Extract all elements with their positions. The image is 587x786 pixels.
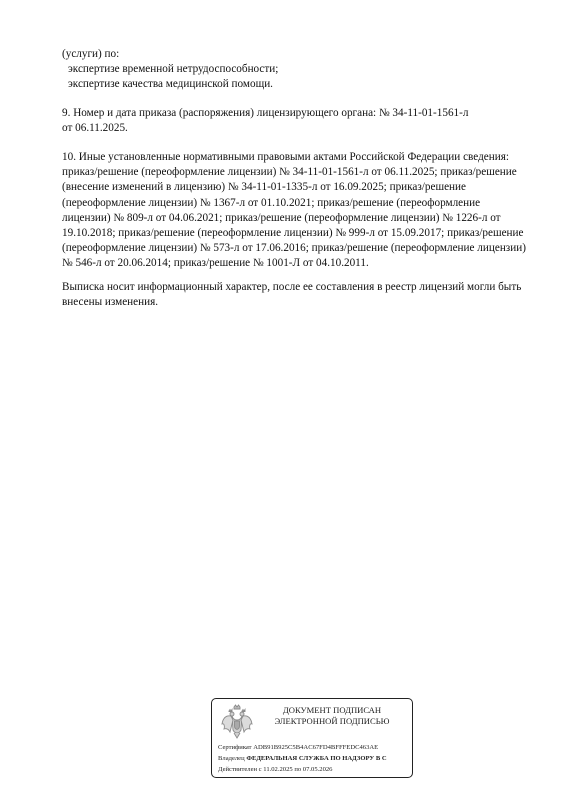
informational-note: Выписка носит информационный характер, п… [62,280,567,310]
stamp-owner: Владелец ФЕДЕРАЛЬНАЯ СЛУЖБА ПО НАДЗОРУ В… [218,754,387,763]
item-9-line: от 06.11.2025. [62,121,567,136]
item-9-order-number: 9. Номер и дата приказа (распоряжения) л… [62,106,567,136]
item-10-line: 19.10.2018; приказ/решение (переоформлен… [62,226,567,241]
service-item: экспертизе качества медицинской помощи. [62,77,567,92]
note-line: внесены изменения. [62,295,567,310]
item-10-other-info: 10. Иные установленные нормативными прав… [62,150,567,272]
item-10-line: (переоформление лицензии) № 573-л от 17.… [62,241,567,256]
owner-value: ФЕДЕРАЛЬНАЯ СЛУЖБА ПО НАДЗОРУ В С [246,755,386,762]
item-10-line: (внесение изменений в лицензию) № 34-11-… [62,180,567,195]
item-10-line: лицензии) № 809-л от 04.06.2021; приказ/… [62,211,567,226]
stamp-title: ДОКУМЕНТ ПОДПИСАН ЭЛЕКТРОННОЙ ПОДПИСЬЮ [262,705,402,727]
certificate-value: ADB91B925C5B4AC67FD4BFFFEDC463AE [253,744,378,751]
item-10-line: (переоформление лицензии) № 1367-л от 01… [62,196,567,211]
note-line: Выписка носит информационный характер, п… [62,280,567,295]
stamp-certificate: Сертификат ADB91B925C5B4AC67FD4BFFFEDC46… [218,743,378,752]
stamp-title-line: ДОКУМЕНТ ПОДПИСАН [262,705,402,716]
stamp-validity: Действителен с 11.02.2025 по 07.05.2026 [218,765,332,774]
services-list: (услуги) по: экспертизе временной нетруд… [62,47,567,93]
item-10-line: 10. Иные установленные нормативными прав… [62,150,567,165]
services-lead: (услуги) по: [62,47,567,62]
document-page: (услуги) по: экспертизе временной нетруд… [0,0,587,786]
service-item: экспертизе временной нетрудоспособности; [62,62,567,77]
item-9-line: 9. Номер и дата приказа (распоряжения) л… [62,106,567,121]
russian-coat-of-arms-icon [220,704,254,740]
electronic-signature-stamp: ДОКУМЕНТ ПОДПИСАН ЭЛЕКТРОННОЙ ПОДПИСЬЮ С… [211,698,413,778]
item-10-line: № 546-л от 20.06.2014; приказ/решение № … [62,256,567,271]
owner-label: Владелец [218,755,245,762]
item-10-line: приказ/решение (переоформление лицензии)… [62,165,567,180]
stamp-title-line: ЭЛЕКТРОННОЙ ПОДПИСЬЮ [262,716,402,727]
certificate-label: Сертификат [218,744,252,751]
